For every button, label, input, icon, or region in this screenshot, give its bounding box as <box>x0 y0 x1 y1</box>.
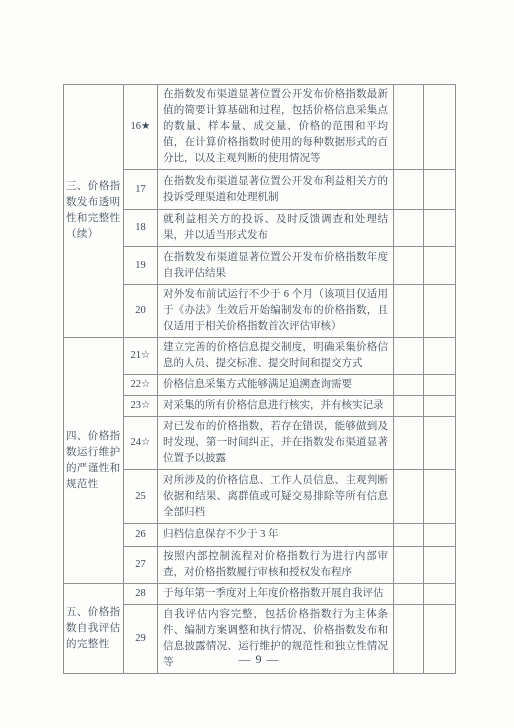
remark-cell <box>424 210 456 247</box>
item-description: 在指数发布渠道显著位置公开发布价格指数年度自我评估结果 <box>158 247 394 285</box>
remark-cell <box>424 338 456 375</box>
remark-cell <box>424 285 456 338</box>
item-description: 在指数发布渠道显著位置公开发布利益相关方的投诉受理渠道和处理机制 <box>158 170 394 210</box>
item-number: 20 <box>124 285 158 338</box>
item-description: 对采集的所有价格信息进行核实，并有核实记录 <box>158 396 394 417</box>
item-description: 建立完善的价格信息提交制度，明确采集价格信息的人员、提交标准、提交时间和提交方式 <box>158 338 394 375</box>
document-page: 三、价格指数发布透明性和完整性（续） 16★ 在指数发布渠道显著位置公开发布价格… <box>0 0 514 728</box>
item-number: 28 <box>124 584 158 605</box>
item-number: 17 <box>124 170 158 210</box>
item-number: 27 <box>124 547 158 584</box>
score-cell <box>394 338 424 375</box>
item-number: 24☆ <box>124 417 158 470</box>
item-description: 于每年第一季度对上年度价格指数开展自我评估 <box>158 584 394 605</box>
item-number: 23☆ <box>124 396 158 417</box>
remark-cell <box>424 584 456 605</box>
item-description: 价格信息采集方式能够满足追溯查询需要 <box>158 375 394 396</box>
score-cell <box>394 170 424 210</box>
evaluation-table: 三、价格指数发布透明性和完整性（续） 16★ 在指数发布渠道显著位置公开发布价格… <box>63 84 456 674</box>
item-description: 对所涉及的价格信息、工作人员信息、主观判断依据和结果、离群值或可疑交易排除等所有… <box>158 470 394 524</box>
item-description: 在指数发布渠道显著位置公开发布价格指数最新值的简要计算基础和过程，包括价格信息采… <box>158 85 394 170</box>
item-number: 22☆ <box>124 375 158 396</box>
item-description: 对已发布的价格指数，若存在错误，能够做到及时发现、第一时间纠正，并在指数发布渠道… <box>158 417 394 470</box>
remark-cell <box>424 547 456 584</box>
score-cell <box>394 210 424 247</box>
category-cell: 三、价格指数发布透明性和完整性（续） <box>64 85 124 338</box>
remark-cell <box>424 170 456 210</box>
remark-cell <box>424 470 456 524</box>
table-row: 五、价格指数自我评估的完整性 28 于每年第一季度对上年度价格指数开展自我评估 <box>64 584 456 605</box>
category-cell: 四、价格指数运行维护的严谨性和规范性 <box>64 338 124 584</box>
item-number: 18 <box>124 210 158 247</box>
score-cell <box>394 247 424 285</box>
page-number: — 9 — <box>63 652 455 667</box>
remark-cell <box>424 85 456 170</box>
table-row: 三、价格指数发布透明性和完整性（续） 16★ 在指数发布渠道显著位置公开发布价格… <box>64 85 456 170</box>
score-cell <box>394 547 424 584</box>
item-description: 归档信息保存不少于 3 年 <box>158 524 394 547</box>
item-number: 19 <box>124 247 158 285</box>
item-description: 对外发布前试运行不少于 6 个月（该项目仅适用于《办法》生效后开始编制发布的价格… <box>158 285 394 338</box>
item-description: 就利益相关方的投诉、及时反馈调查和处理结果，并以适当形式发布 <box>158 210 394 247</box>
remark-cell <box>424 375 456 396</box>
score-cell <box>394 396 424 417</box>
remark-cell <box>424 524 456 547</box>
item-number: 25 <box>124 470 158 524</box>
remark-cell <box>424 396 456 417</box>
item-number: 21☆ <box>124 338 158 375</box>
score-cell <box>394 584 424 605</box>
score-cell <box>394 524 424 547</box>
item-number: 26 <box>124 524 158 547</box>
remark-cell <box>424 417 456 470</box>
item-number: 16★ <box>124 85 158 170</box>
score-cell <box>394 85 424 170</box>
score-cell <box>394 375 424 396</box>
score-cell <box>394 285 424 338</box>
remark-cell <box>424 247 456 285</box>
score-cell <box>394 470 424 524</box>
score-cell <box>394 417 424 470</box>
table-row: 四、价格指数运行维护的严谨性和规范性 21☆ 建立完善的价格信息提交制度，明确采… <box>64 338 456 375</box>
item-description: 按照内部控制流程对价格指数行为进行内部审查，对价格指数履行审核和授权发布程序 <box>158 547 394 584</box>
